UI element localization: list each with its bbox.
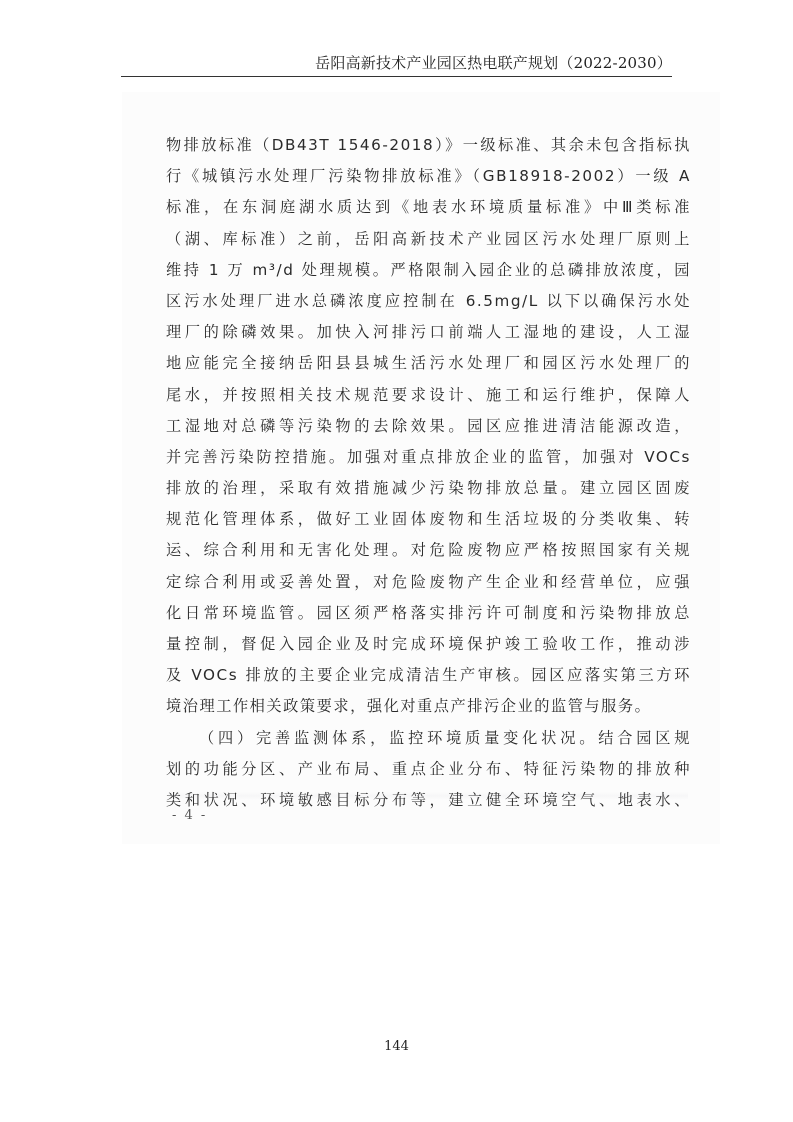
body-line: 地应能完全接纳岳阳县县城生活污水处理厂和园区污水处理厂的 — [166, 348, 691, 379]
body-line: 标准，在东洞庭湖水质达到《地表水环境质量标准》中Ⅲ类标准 — [166, 192, 691, 223]
body-line: 类和状况、环境敏感目标分布等，建立健全环境空气、地表水、 — [166, 785, 691, 816]
body-line: 理厂的除磷效果。加快入河排污口前端人工湿地的建设，人工湿 — [166, 317, 691, 348]
body-line: 工湿地对总磷等污染物的去除效果。园区应推进清洁能源改造， — [166, 411, 691, 442]
body-line: 量控制，督促入园企业及时完成环境保护竣工验收工作，推动涉 — [166, 629, 691, 660]
body-line: 并完善污染防控措施。加强对重点排放企业的监管，加强对 VOCs — [166, 442, 691, 473]
body-line: 化日常环境监管。园区须严格落实排污许可制度和污染物排放总 — [166, 598, 691, 629]
body-line: 境治理工作相关政策要求，强化对重点产排污企业的监管与服务。 — [166, 691, 691, 722]
body-line: 及 VOCs 排放的主要企业完成清洁生产审核。园区应落实第三方环 — [166, 660, 691, 691]
scanned-page-number: - 4 - — [172, 808, 207, 823]
body-line: 行《城镇污水处理厂污染物排放标准》（GB18918-2002）一级 A — [166, 161, 691, 192]
body-line: 维持 1 万 m³/d 处理规模。严格限制入园企业的总磷排放浓度，园 — [166, 255, 691, 286]
section-heading-line: （四）完善监测体系，监控环境质量变化状况。结合园区规 — [166, 723, 691, 754]
body-line: 排放的治理，采取有效措施减少污染物排放总量。建立园区固废 — [166, 473, 691, 504]
body-line: 定综合利用或妥善处置，对危险废物产生企业和经营单位，应强 — [166, 567, 691, 598]
body-line: 划的功能分区、产业布局、重点企业分布、特征污染物的排放种 — [166, 754, 691, 785]
header-rule — [121, 76, 672, 77]
scanned-page-body: 物排放标准（DB43T 1546-2018）》一级标准、其余未包含指标执 行《城… — [166, 130, 691, 816]
body-line: 运、综合利用和无害化处理。对危险废物应严格按照国家有关规 — [166, 535, 691, 566]
page-number: 144 — [0, 1039, 793, 1054]
body-line: （湖、库标准）之前，岳阳高新技术产业园区污水处理厂原则上 — [166, 224, 691, 255]
scan-bleed-through — [168, 792, 688, 800]
body-line: 物排放标准（DB43T 1546-2018）》一级标准、其余未包含指标执 — [166, 130, 691, 161]
body-line: 规范化管理体系，做好工业固体废物和生活垃圾的分类收集、转 — [166, 504, 691, 535]
running-header-title: 岳阳高新技术产业园区热电联产规划（2022-2030） — [121, 52, 672, 73]
body-line: 尾水，并按照相关技术规范要求设计、施工和运行维护，保障人 — [166, 380, 691, 411]
body-line: 区污水处理厂进水总磷浓度应控制在 6.5mg/L 以下以确保污水处 — [166, 286, 691, 317]
